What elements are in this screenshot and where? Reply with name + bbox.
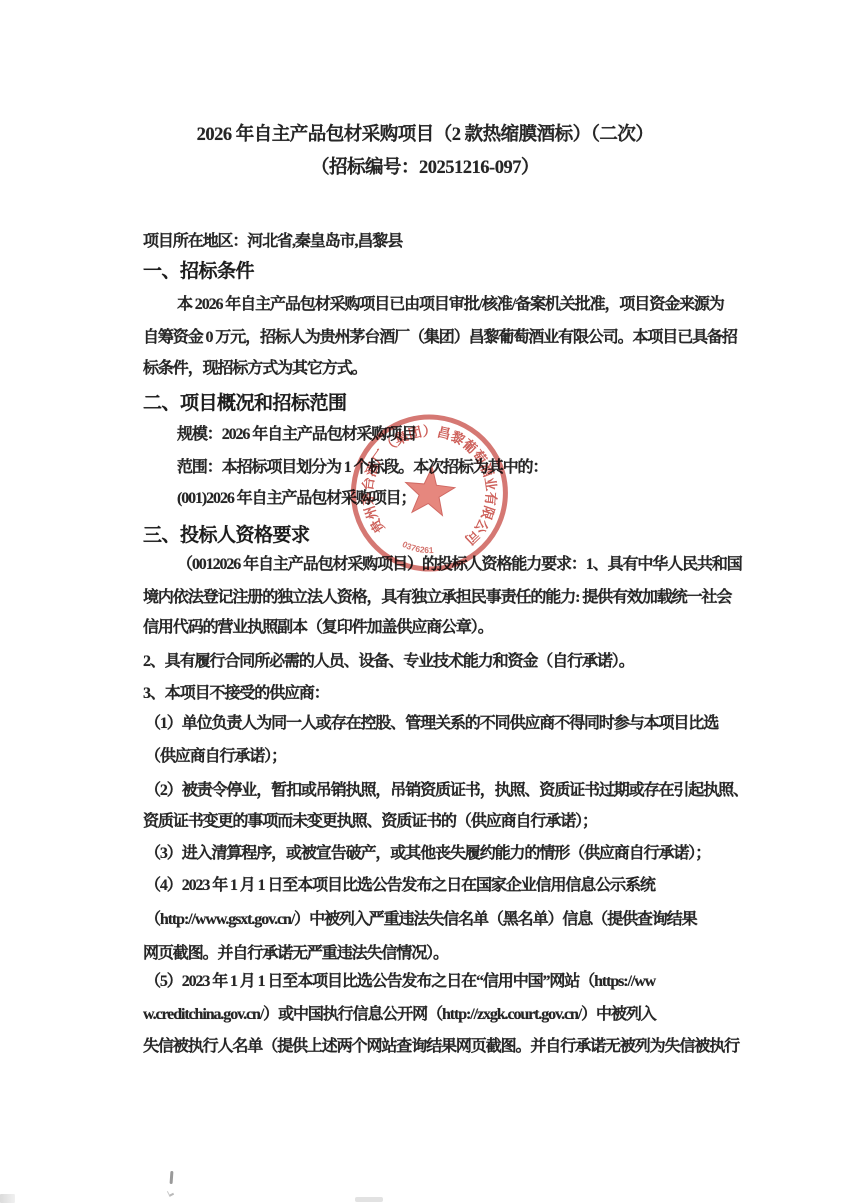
body-line: 资质证书变更的事项而未变更执照、资质证书的（供应商自行承诺）； (143, 808, 597, 831)
document-page: 2026 年自主产品包材采购项目（2 款热缩膜酒标）（二次） （招标编号：202… (0, 0, 850, 1203)
body-line: （供应商自行承诺）； (145, 743, 286, 766)
document-title: 2026 年自主产品包材采购项目（2 款热缩膜酒标）（二次） (0, 120, 850, 146)
body-line: （3）进入清算程序，或被宣告破产，或其他丧失履约能力的情形（供应商自行承诺）； (145, 840, 710, 863)
body-line: 信用代码的营业执照副本（复印件加盖供应商公章）。 (143, 614, 493, 637)
heading-bid-conditions: 一、招标条件 (143, 256, 254, 283)
scan-artifact (167, 1189, 174, 1197)
body-line: （1）单位负责人为同一人或存在控股、管理关系的不同供应商不得同时参与本项目比选 (145, 710, 718, 733)
scan-artifact (0, 1194, 15, 1203)
body-line: 本 2026 年自主产品包材采购项目已由项目审批/核准/备案机关批准，项目资金来… (177, 291, 724, 314)
body-line: 3、本项目不接受的供应商： (143, 680, 329, 703)
body-line: （5）2023 年 1 月 1 日至本项目比选公告发布之日在“信用中国”网站（h… (145, 968, 655, 991)
body-line: 网页截图。并自行承诺无严重违法失信情况）。 (143, 940, 448, 963)
body-line: 标条件，现招标方式为其它方式。 (143, 355, 367, 378)
body-line: （4）2023 年 1 月 1 日至本项目比选公告发布之日在国家企业信用信息公示… (145, 872, 655, 895)
body-line: （2）被责令停业，暂扣或吊销执照，吊销资质证书，执照、资质证书过期或存在引起执照… (145, 777, 748, 800)
seal-star-icon (403, 465, 457, 517)
tender-number: （招标编号：20251216-097） (0, 153, 850, 179)
heading-project-overview: 二、项目概况和招标范围 (143, 388, 347, 415)
scan-artifact (170, 1171, 174, 1184)
scan-artifact (355, 1197, 383, 1202)
svg-text:0376261: 0376261 (400, 539, 435, 556)
body-line: （http://www.gsxt.gov.cn/）中被列入严重违法失信名单（黑名… (145, 906, 696, 929)
body-line: 2、具有履行合同所必需的人员、设备、专业技术能力和资金（自行承诺）。 (143, 648, 634, 671)
project-location-line: 项目所在地区：河北省,秦皇岛市,昌黎县 (143, 228, 402, 251)
body-line: 自筹资金 0 万元，招标人为贵州茅台酒厂（集团）昌黎葡萄酒业有限公司。本项目已具… (143, 324, 737, 347)
body-line: 失信被执行人名单（提供上述两个网站查询结果网页截图。并自行承诺无被列为失信被执行 (143, 1033, 739, 1056)
heading-bidder-qualifications: 三、投标人资格要求 (143, 520, 310, 547)
seal-code-digits: 0376261 (400, 539, 435, 556)
company-seal: 贵州茅台酒厂（集团）昌黎葡萄酒业有限公司 0376261 (319, 383, 540, 611)
body-line: w.creditchina.gov.cn/）或中国执行信息公开网（http://… (143, 1001, 656, 1024)
